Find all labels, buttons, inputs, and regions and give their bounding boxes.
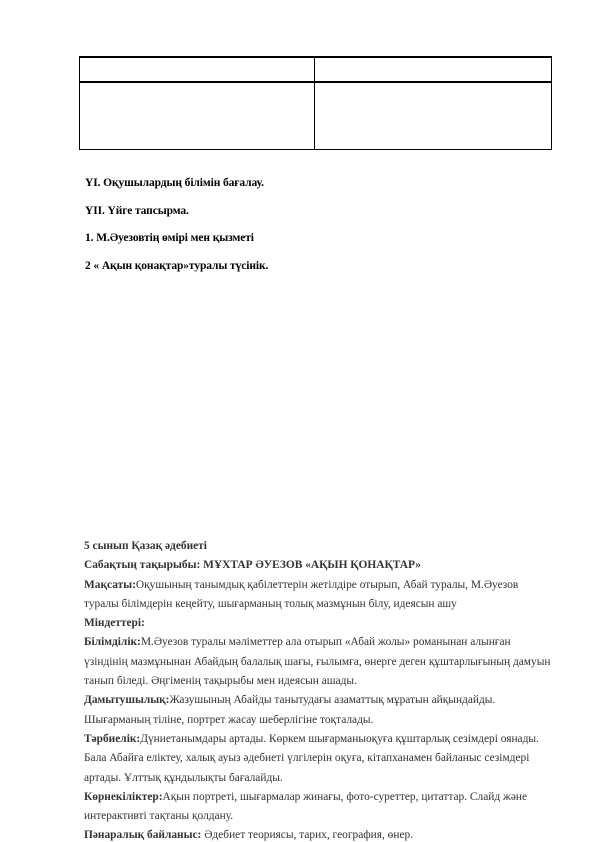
tasks-heading: Міндеттері:	[84, 614, 554, 633]
lesson-topic: Сабақтың тақырыбы: МҰХТАР ӘУЕЗОВ «АҚЫН Қ…	[84, 556, 554, 575]
homework-item: 2 « Ақын қонақтар»туралы түсінік.	[85, 260, 268, 272]
document-page: ҮІ. Оқушылардың білімін бағалау. ҮІІ. Үй…	[0, 0, 595, 842]
table-row	[80, 57, 552, 82]
homework-item: 1. М.Әуезовтің өмірі мен қызметі	[85, 232, 254, 244]
table-cell	[315, 57, 552, 82]
visual-aids: Көрнекіліктер:Ақын портреті, шығармалар …	[84, 788, 554, 827]
table-cell	[80, 82, 315, 150]
lesson-table	[79, 56, 552, 150]
homework-heading: ҮІІ. Үйге тапсырма.	[85, 205, 189, 217]
developmental-task: Дамытушылық:Жазушының Абайды танытудағы …	[84, 691, 554, 730]
lesson-plan: 5 сынып Қазақ әдебиеті Сабақтың тақырыбы…	[84, 537, 554, 842]
table-cell	[315, 82, 552, 150]
upbringing-task: Тәрбиелік:Дүниетанымдары артады. Көркем …	[84, 730, 554, 788]
lesson-goal: Мақсаты:Оқушының танымдық қабілеттерін ж…	[84, 576, 554, 615]
table-row	[80, 82, 552, 150]
table-cell	[80, 57, 315, 82]
interdisciplinary-links: Пәнаралық байланыс: Әдебиет теориясы, та…	[84, 826, 554, 842]
grade-subject: 5 сынып Қазақ әдебиеті	[84, 537, 554, 556]
assessment-heading: ҮІ. Оқушылардың білімін бағалау.	[85, 177, 264, 189]
educational-task: Білімділік:М.Әуезов туралы мәліметтер ал…	[84, 633, 554, 691]
